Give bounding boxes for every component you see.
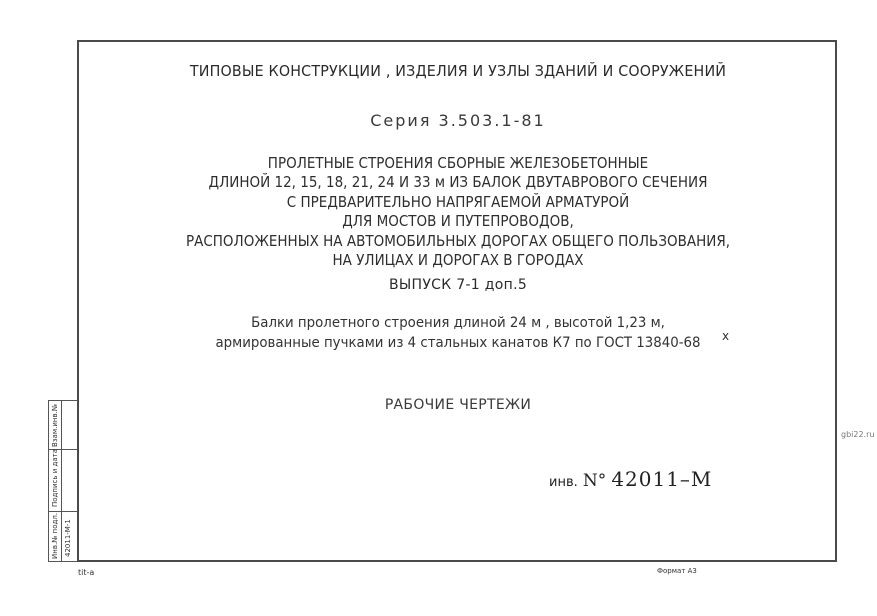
issue-number: ВЫПУСК 7-1 доп.5 [78,277,838,293]
paper-format: Формат А3 [657,567,697,575]
subject-line: ПРОЛЕТНЫЕ СТРОЕНИЯ СБОРНЫЕ ЖЕЛЕЗОБЕТОННЫ… [116,154,800,173]
subject-line: ДЛЯ МОСТОВ И ПУТЕПРОВОДОВ, [116,212,800,231]
description-line: армированные пучками из 4 стальных канат… [108,333,807,353]
side-stamp: Взам.инв.№ Подпись и дата Инв.№ подл. 42… [48,400,77,562]
subject-line: НА УЛИЦАХ И ДОРОГАХ В ГОРОДАХ [116,251,800,270]
stamp-replace-label: Взам.инв.№ [51,404,59,447]
stamp-signature-label: Подпись и дата [51,449,59,507]
inventory-value: 42011–М [611,467,712,491]
inventory-label: инв. [549,475,578,490]
inventory-number: инв. N° 42011–М [549,467,712,491]
subject-block: ПРОЛЕТНЫЕ СТРОЕНИЯ СБОРНЫЕ ЖЕЛЕЗОБЕТОННЫ… [78,154,838,270]
stamp-divider [61,401,62,561]
watermark: gbi22.ru [841,430,874,439]
subject-line: ДЛИНОЙ 12, 15, 18, 21, 24 И 33 м ИЗ БАЛО… [116,173,800,192]
document-type: РАБОЧИЕ ЧЕРТЕЖИ [78,397,838,413]
description-superscript: x [722,329,729,343]
description-line: Балки пролетного строения длиной 24 м , … [108,313,807,333]
stamp-divider [49,511,77,512]
number-sign: N° [583,471,606,491]
subject-line: С ПРЕДВАРИТЕЛЬНО НАПРЯГАЕМОЙ АРМАТУРОЙ [116,193,800,212]
sheet-code: tit-a [78,568,94,577]
stamp-inv-label: Инв.№ подл. [51,513,59,559]
subject-line: РАСПОЛОЖЕННЫХ НА АВТОМОБИЛЬНЫХ ДОРОГАХ О… [116,232,800,251]
document-header-title: ТИПОВЫЕ КОНСТРУКЦИИ , ИЗДЕЛИЯ И УЗЛЫ ЗДА… [108,62,807,80]
stamp-inv-value: 42011-М-1 [64,519,72,557]
series-number: Серия 3.503.1-81 [78,111,838,130]
